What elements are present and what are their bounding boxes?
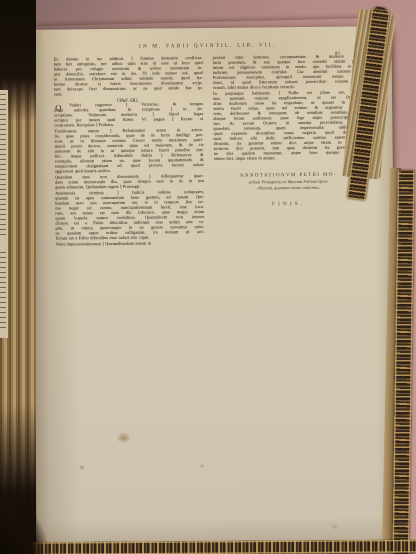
right-paragraph-2: In propinquo habitantis ] Nulla est plan… <box>213 89 363 161</box>
right-column: peratur inter homines, circumstantias & … <box>213 53 364 246</box>
facing-page-sliver <box>0 90 8 338</box>
chapter-heading: CAP. XI. Fo. 66. <box>54 98 203 100</box>
bottom-left-shadow <box>0 462 48 554</box>
right-paragraph-1: peratur inter homines, circumstantias & … <box>213 53 362 90</box>
left-paragraph-6: Valet imperiosissimarum ] Quemadmodum au… <box>56 240 205 247</box>
facing-page-text-edge <box>0 252 6 332</box>
facing-page-text-edge <box>0 94 6 236</box>
printed-text-block: IN M. FABII QVINTIL. LIB. VII. 89 Ex dam… <box>54 41 364 247</box>
cover-gilt-border-bottom <box>28 540 416 554</box>
text-line: Valet imperiosissimarum ] Quemadmodum au… <box>56 240 205 247</box>
finis-label: FINIS. <box>214 200 363 208</box>
photo-of-open-book: IN M. FABII QVINTIL. LIB. VII. 89 Ex dam… <box>0 0 416 554</box>
two-column-text: Ex damno in ius adducat ] Summa dementia… <box>54 53 364 247</box>
left-column: Ex damno in ius adducat ] Summa dementia… <box>54 55 205 248</box>
gloss-block: Q Vadari cognosco ] Victoriae, & tempusd… <box>54 101 203 128</box>
text-line: animo dici, atque etiam in animo. <box>214 154 363 161</box>
text-line: sum. <box>54 90 203 97</box>
left-paragraph-4: Quaedam sunt non discernenda ] Adloquunt… <box>55 173 204 190</box>
book: IN M. FABII QVINTIL. LIB. VII. 89 Ex dam… <box>0 0 416 554</box>
left-paragraph-5: Anamnesia criminis ] Iudicis solutae uol… <box>55 189 205 241</box>
colophon-line-3: tilianum, quantum extare uoluimus, <box>214 184 363 191</box>
left-paragraph-3: Traditionem omnia ] Reloquuntur acuta in… <box>54 127 203 174</box>
left-paragraph-1: Ex damno in ius adducat ] Summa dementia… <box>54 55 203 97</box>
colophon: ANNOTATIONVM PETRI MO- sellani Protegens… <box>214 172 363 191</box>
